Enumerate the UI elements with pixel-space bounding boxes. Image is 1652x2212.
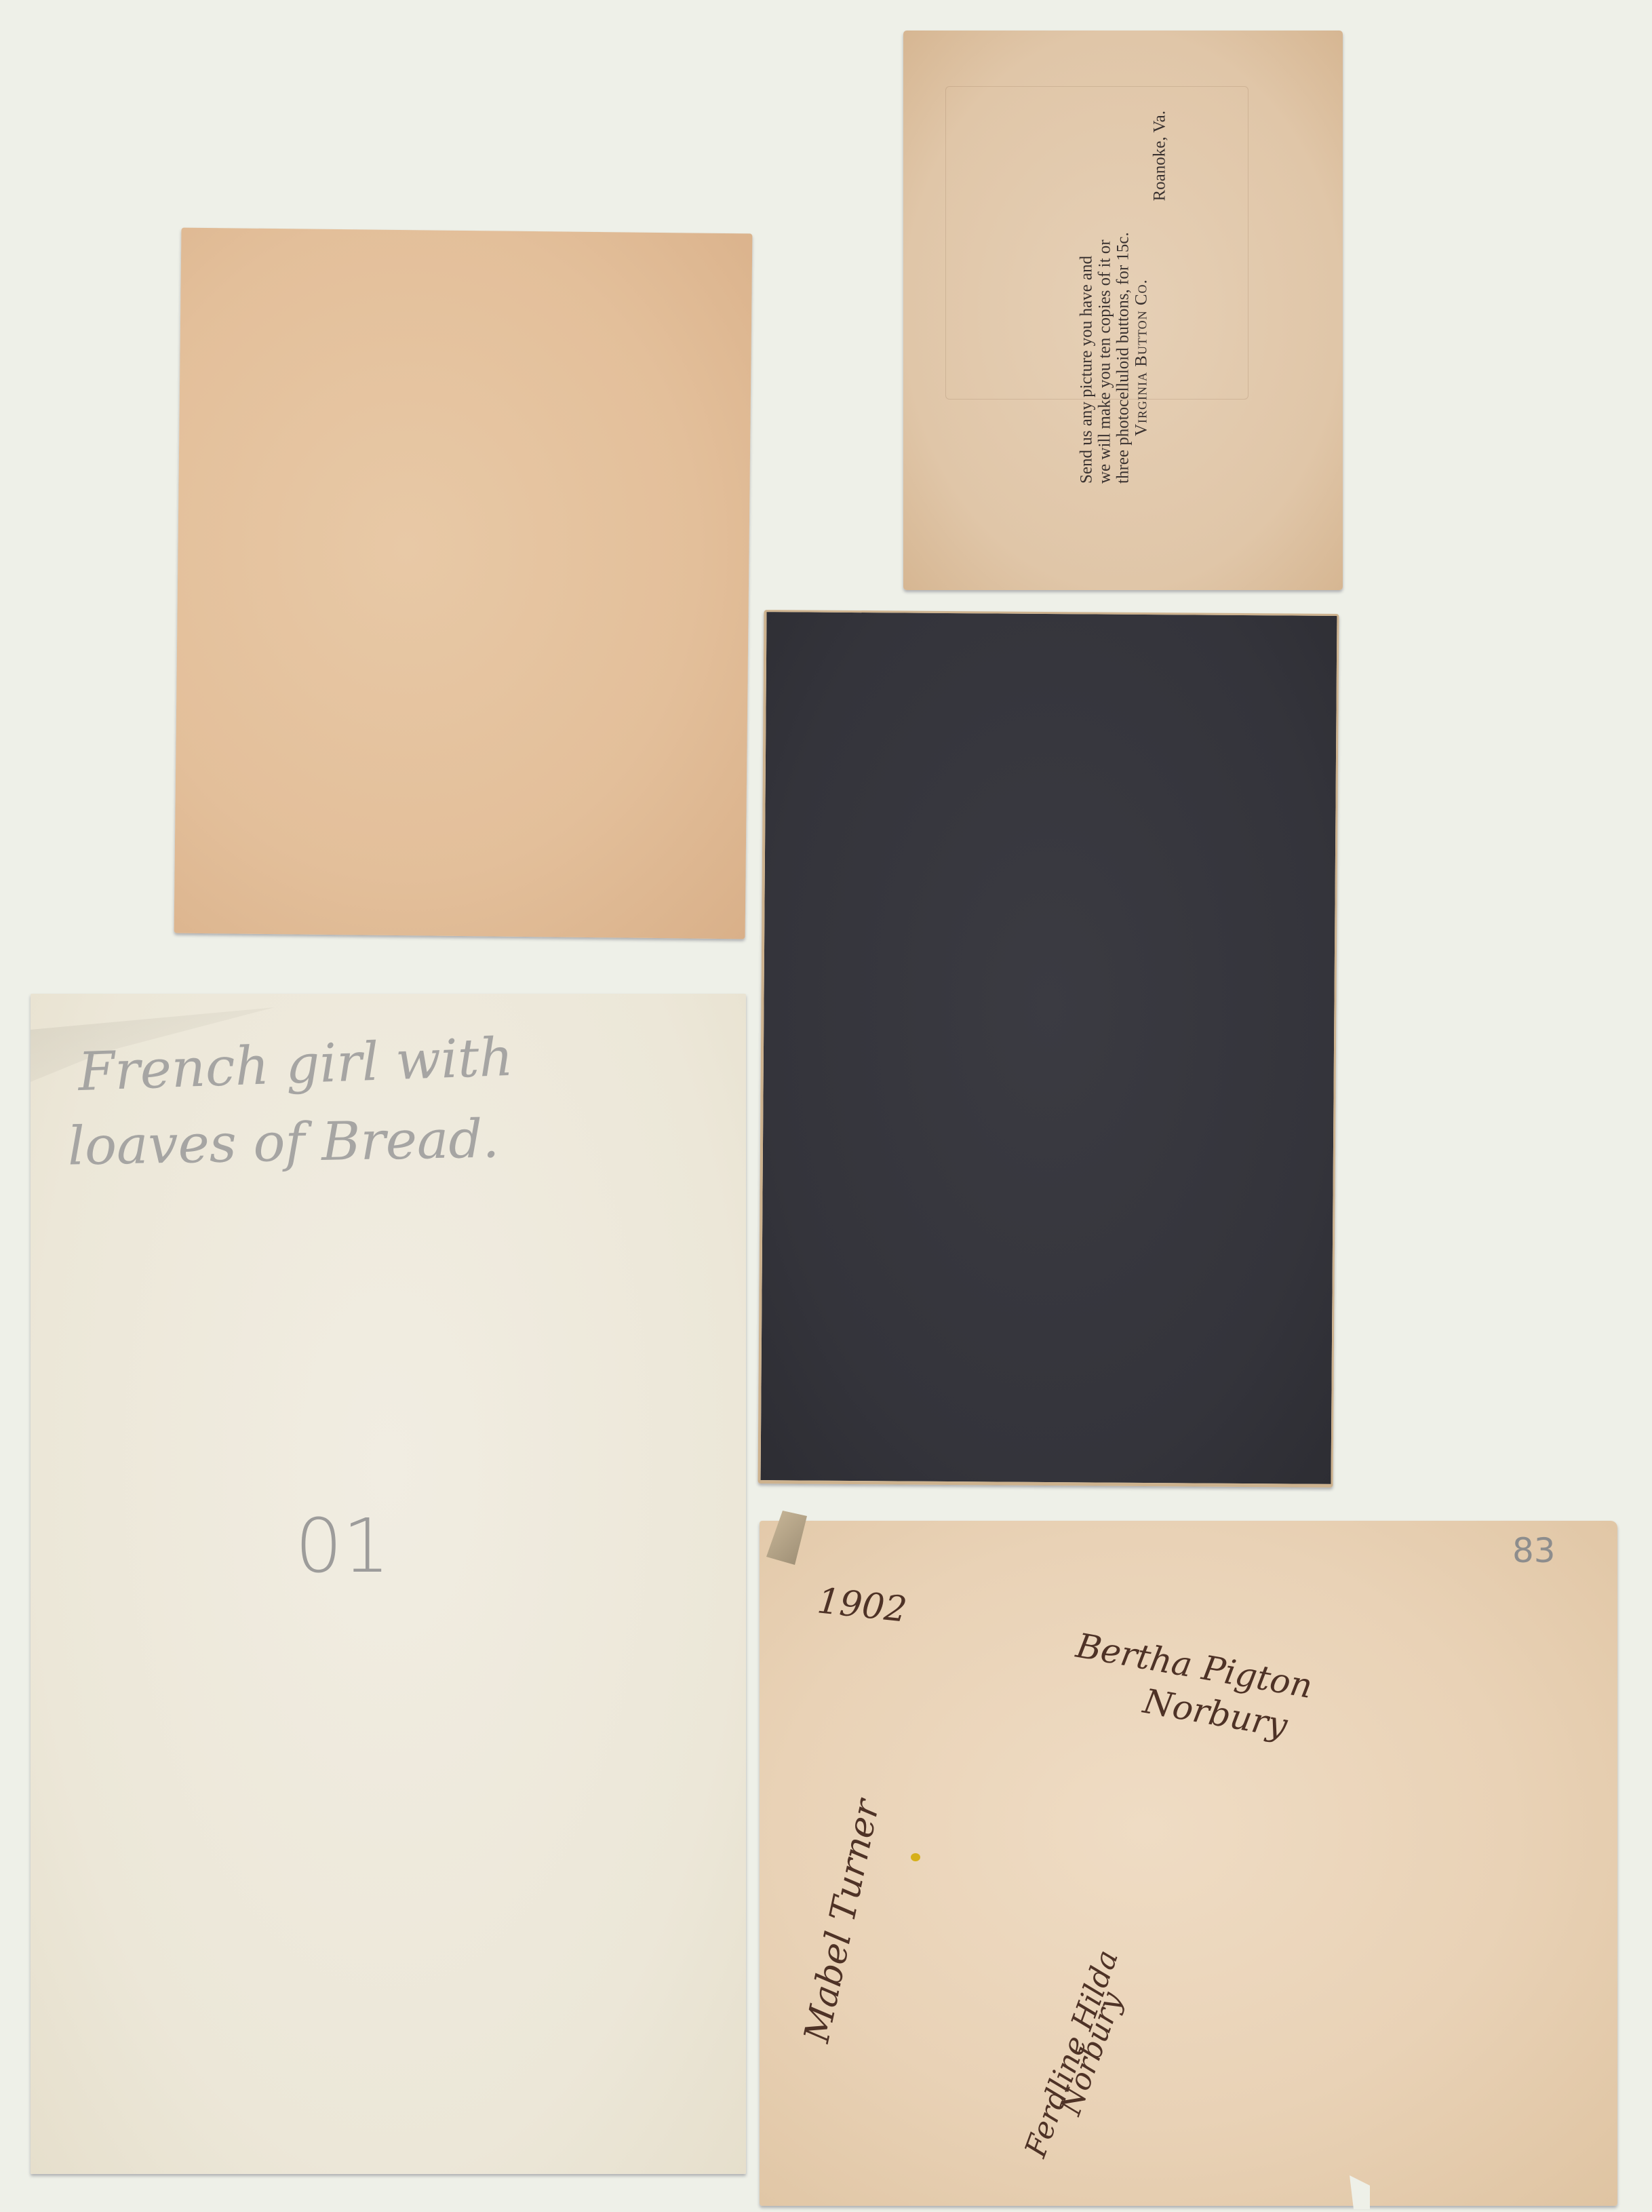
cream-card-back: French girl with loaves of Bread. 01: [31, 994, 746, 2174]
dark-card-back: [758, 610, 1339, 1488]
pencil-caption-line-2: loaves of Bread.: [67, 1108, 500, 1177]
advertisement-card-back: Send us any picture you have and we will…: [903, 31, 1343, 590]
torn-notch: [1350, 2175, 1370, 2209]
pencil-number: 01: [295, 1502, 390, 1589]
ad-line-1: Send us any picture you have and: [1078, 104, 1096, 484]
advertisement-text: Send us any picture you have and we will…: [1078, 104, 1169, 484]
yellow-stain: [911, 1853, 920, 1861]
ad-company-name: Virginia Button Co.: [1133, 104, 1151, 484]
ink-name-mabel: Mabel Turner: [797, 1796, 888, 2046]
ink-year: 1902: [815, 1580, 909, 1631]
ad-city: Roanoke, Va.: [1151, 104, 1169, 484]
torn-corner: [766, 1511, 807, 1565]
aged-card-back: 1902 Bertha Pigton Norbury Mabel Turner …: [760, 1521, 1617, 2206]
ad-line-3: three photocelluloid buttons, for 15c.: [1114, 104, 1133, 484]
tan-card-back: [174, 228, 753, 939]
pencil-mark: 83: [1512, 1531, 1556, 1570]
ad-line-2: we will make you ten copies of it or: [1096, 104, 1114, 484]
